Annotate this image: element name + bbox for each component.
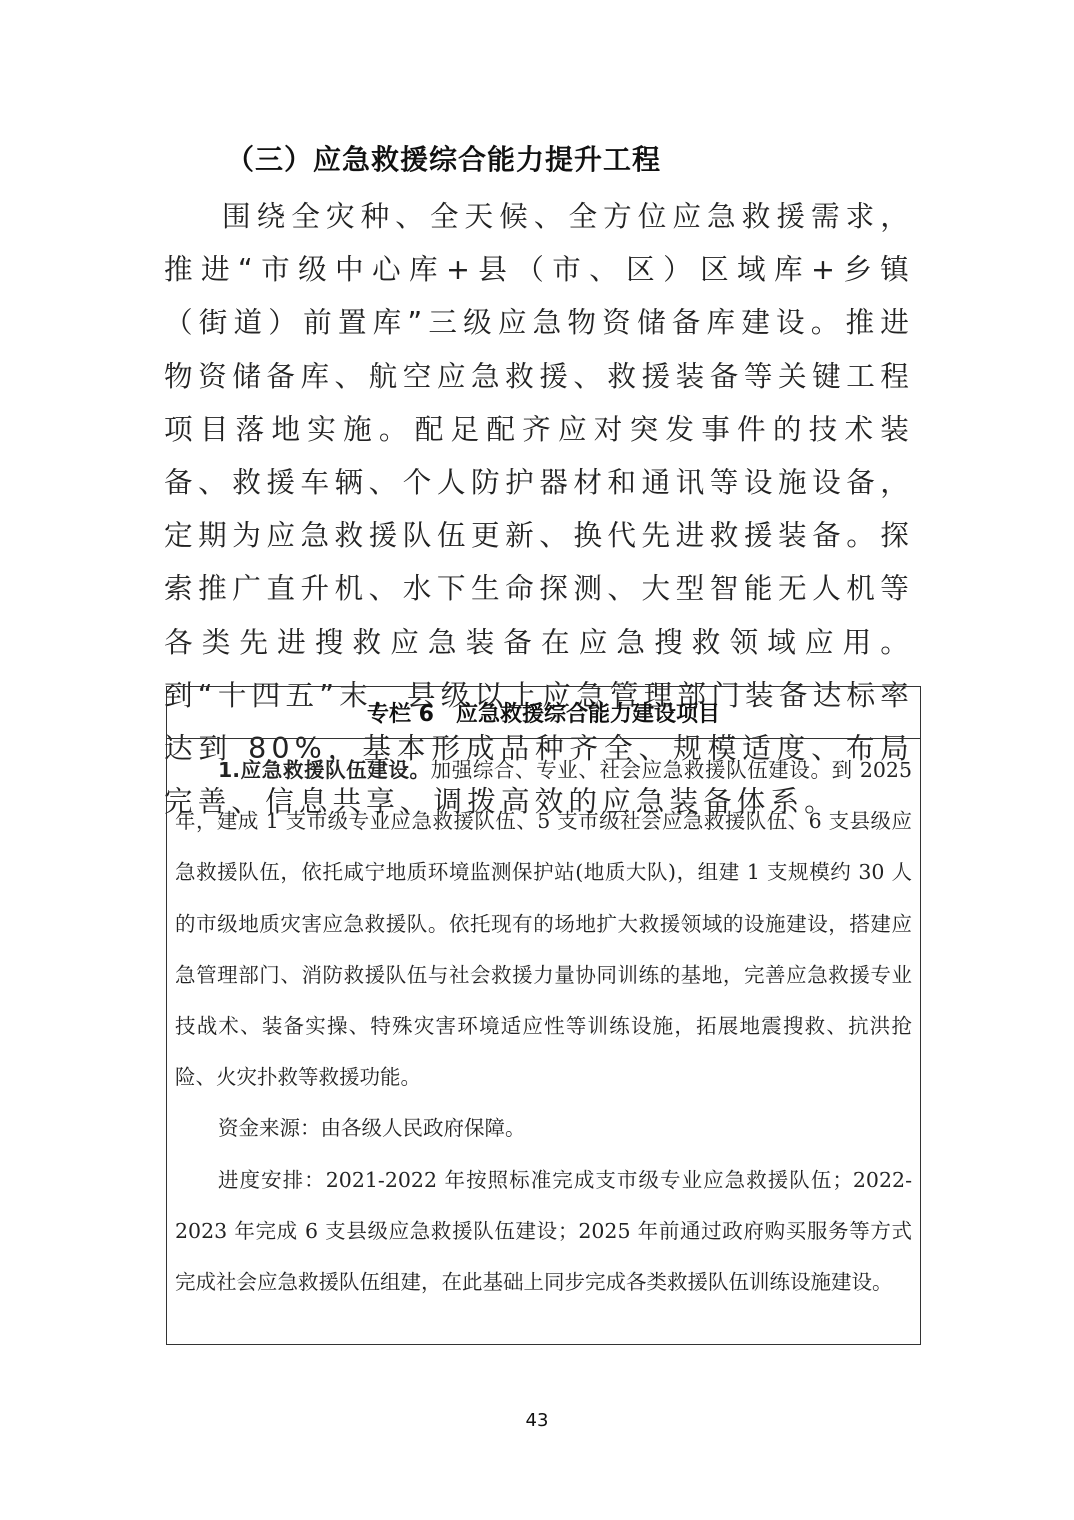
section-heading: （三）应急救援综合能力提升工程 (226, 140, 661, 180)
schedule: 进度安排：2021-2022 年按照标准完成支市级专业应急救援队伍；2022-2… (175, 1155, 912, 1309)
document-page: （三）应急救援综合能力提升工程 围绕全灾种、全天候、全方位应急救援需求，推进“市… (0, 0, 1074, 1520)
item-lead: 1.应急救援队伍建设。 (218, 758, 431, 782)
item-paragraph: 1.应急救援队伍建设。加强综合、专业、社会应急救援队伍建设。到 2025 年，建… (175, 745, 912, 1103)
page-number: 43 (0, 1410, 1074, 1431)
column-box-title: 专栏 6 应急救援综合能力建设项目 (167, 687, 920, 739)
column-box-body: 1.应急救援队伍建设。加强综合、专业、社会应急救援队伍建设。到 2025 年，建… (167, 739, 920, 1308)
item-text: 加强综合、专业、社会应急救援队伍建设。到 2025 年，建成 1 支市级专业应急… (175, 758, 912, 1089)
column-box: 专栏 6 应急救援综合能力建设项目 1.应急救援队伍建设。加强综合、专业、社会应… (166, 686, 921, 1345)
funding-source: 资金来源：由各级人民政府保障。 (175, 1103, 912, 1154)
